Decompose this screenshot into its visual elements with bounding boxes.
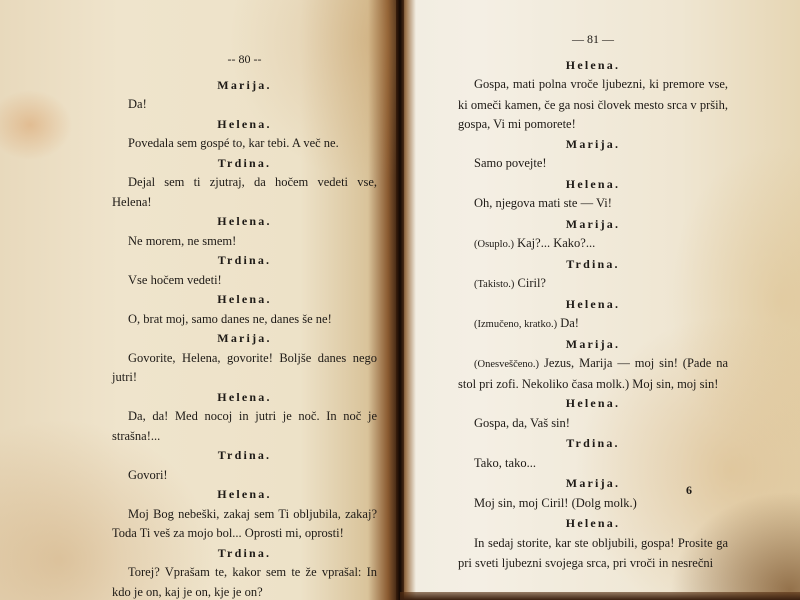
speaker-label: Trdina. [112,154,377,174]
speaker-label: Trdina. [112,446,377,466]
dialogue-line: Gospa, mati polna vroče ljubezni, ki pre… [458,75,728,135]
speaker-label: Trdina. [458,434,728,454]
dialogue-line: (Osuplo.) Kaj?... Kako?... [458,234,728,255]
dialogue-line: In sedaj storite, kar ste obljubili, gos… [458,534,728,574]
speaker-label: Marija. [112,76,377,96]
dialogue-line: Tako, tako... [458,454,728,475]
stage-direction: (Takisto.) [474,279,514,290]
speaker-label: Trdina. [112,544,377,564]
book-spine [396,0,404,600]
dialogue-line: Ne morem, ne smem! [112,232,377,252]
stage-direction: (Osuplo.) [474,239,514,250]
speaker-label: Helena. [458,394,728,414]
dialogue-line: (Izmučeno, kratko.) Da! [458,314,728,335]
speaker-label: Helena. [112,212,377,232]
dialogue-line: (Takisto.) Ciril? [458,274,728,295]
dialogue-line: O, brat moj, samo danes ne, danes še ne! [112,310,377,330]
page-number-left: -- 80 -- [112,50,377,70]
speaker-label: Helena. [458,175,728,195]
speaker-label: Trdina. [112,251,377,271]
speaker-label: Helena. [458,514,728,534]
dialogue-line: Povedala sem gospé to, kar tebi. A več n… [112,134,377,154]
dialogue-line: Moj Bog nebeški, zakaj sem Ti obljubila,… [112,505,377,544]
dialogue-line: Govori! [112,466,377,486]
dialogue-line: Govorite, Helena, govorite! Boljše danes… [112,349,377,388]
dialogue-text: Oh, njegova mati ste — Vi! [474,196,612,210]
speaker-label: Helena. [112,290,377,310]
dialogue-text: In sedaj storite, kar ste obljubili, gos… [458,536,728,571]
stage-direction: (Onesveščeno.) [474,359,539,370]
stage-direction: (Izmučeno, kratko.) [474,319,557,330]
speaker-label: Marija. [458,135,728,155]
dialogue-line: Vse hočem vedeti! [112,271,377,291]
dialogue-text: Gospa, mati polna vroče ljubezni, ki pre… [458,77,728,131]
dialogue-text: Samo povejte! [474,156,547,170]
speaker-label: Helena. [112,115,377,135]
dialogue-line: Torej? Vprašam te, kakor sem te že vpraš… [112,563,377,600]
speaker-label: Helena. [112,388,377,408]
speaker-label: Trdina. [458,255,728,275]
page-bottom-edge [400,592,800,600]
dialogue-text: Gospa, da, Vaš sin! [474,416,570,430]
dialogue-text: Tako, tako... [474,456,536,470]
dialogue-line: Samo povejte! [458,154,728,175]
speaker-label: Helena. [112,485,377,505]
speaker-label: Helena. [458,295,728,315]
dialogue-line: Da! [112,95,377,115]
speaker-label: Marija. [112,329,377,349]
left-page-text: -- 80 -- Marija. Da! Helena. Povedala se… [112,50,377,600]
speaker-label: Marija. [458,215,728,235]
speaker-label: Marija. [458,335,728,355]
signature-mark: 6 [686,483,692,498]
dialogue-line: Dejal sem ti zjutraj, da hočem vedeti vs… [112,173,377,212]
dialogue-line: Gospa, da, Vaš sin! [458,414,728,435]
dialogue-text: Da! [560,316,579,330]
speaker-label: Helena. [458,56,728,76]
dialogue-line: Da, da! Med nocoj in jutri je noč. In no… [112,407,377,446]
page-number-right: — 81 — [458,30,728,50]
dialogue-text: Ciril? [518,276,546,290]
dialogue-line: (Onesveščeno.) Jezus, Marija — moj sin! … [458,354,728,394]
dialogue-text: Kaj?... Kako?... [517,236,595,250]
dialogue-text: Moj sin, moj Ciril! (Dolg molk.) [474,496,637,510]
dialogue-line: Oh, njegova mati ste — Vi! [458,194,728,215]
